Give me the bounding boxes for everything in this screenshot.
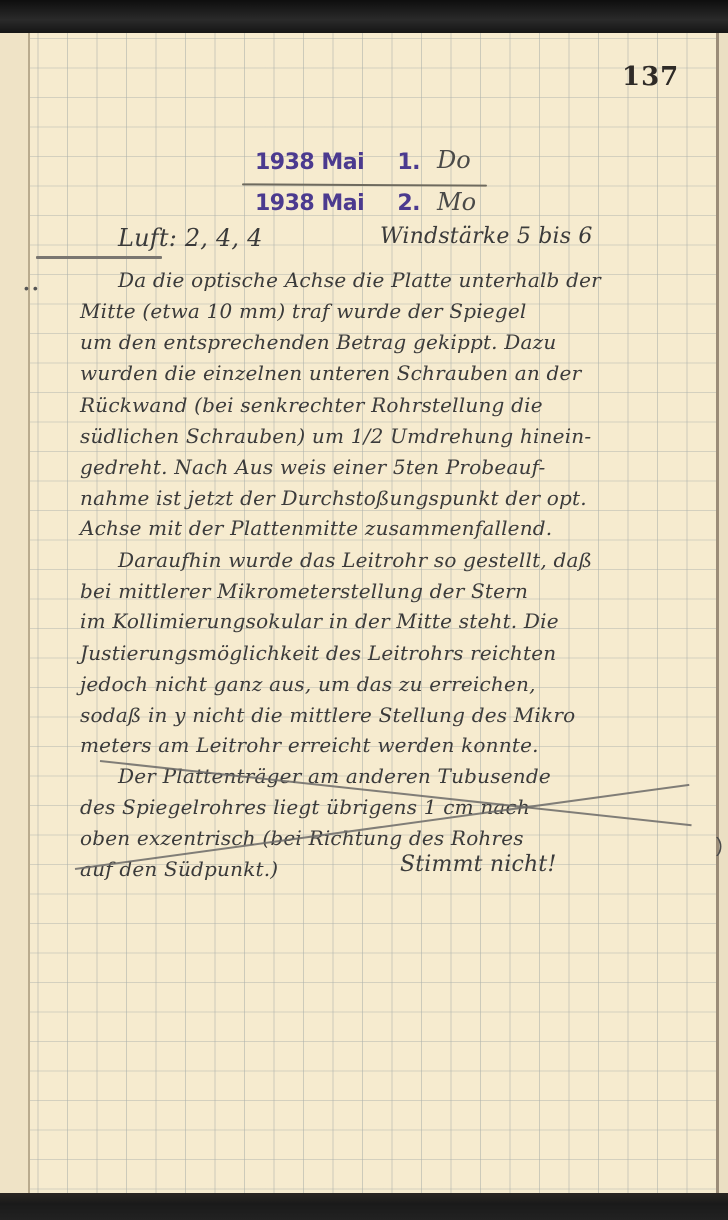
text-line: Justierungsmöglichkeit des Leitrohrs rei… <box>80 641 556 665</box>
text-line: bei mittlerer Mikrometerstellung der Ste… <box>80 579 528 603</box>
stamp-day: 2. <box>397 191 420 216</box>
text-line: im Kollimierungsokular in der Mitte steh… <box>80 609 559 633</box>
stamp-day: 1. <box>397 150 420 175</box>
text-line: meters am Leitrohr erreicht werden konnt… <box>80 733 539 757</box>
weekday-handwritten-2: Mo <box>437 188 476 216</box>
struck-text-line: auf den Südpunkt.) <box>80 857 278 881</box>
conditions-underline <box>36 256 162 259</box>
text-line: sodaß in y nicht die mittlere Stellung d… <box>80 703 575 727</box>
margin-dots: •• <box>24 280 42 296</box>
text-line: südlichen Schrauben) um 1/2 Umdrehung hi… <box>80 424 591 448</box>
wind-strength: Windstärke 5 bis 6 <box>380 224 593 249</box>
text-line: Achse mit der Plattenmitte zusammenfalle… <box>80 516 552 540</box>
page-right-edge-next <box>719 33 728 1193</box>
stamp-year: 1938 <box>255 150 314 175</box>
text-line: gedreht. Nach Aus weis einer 5ten Probea… <box>80 455 546 479</box>
text-line: Mitte (etwa 10 mm) traf wurde der Spiege… <box>80 299 526 323</box>
struck-text-line: Der Plattenträger am anderen Tubusende <box>118 764 551 788</box>
text-line: Rückwand (bei senkrechter Rohrstellung d… <box>80 393 543 417</box>
page-number: 137 <box>622 62 679 92</box>
book-bottom-edge <box>0 1193 728 1220</box>
annotation-stimmt-nicht: Stimmt nicht! <box>400 852 556 877</box>
text-line: jedoch nicht ganz aus, um das zu erreich… <box>80 672 536 696</box>
stamp-month: Mai <box>321 150 364 175</box>
text-line: nahme ist jetzt der Durchstoßungspunkt d… <box>80 486 587 510</box>
stamp-year: 1938 <box>255 191 314 216</box>
right-margin-bracket: ) <box>716 835 723 858</box>
book-top-edge <box>0 0 728 33</box>
text-line: wurden die einzelnen unteren Schrauben a… <box>80 361 581 385</box>
stamp-month: Mai <box>321 191 364 216</box>
page-margin-strip <box>0 33 30 1193</box>
date-stamp-2: 1938 Mai 2. <box>255 191 420 216</box>
weekday-handwritten-1: Do <box>437 146 471 174</box>
text-line: Daraufhin wurde das Leitrohr so gestellt… <box>118 548 592 572</box>
luft-conditions: Luft: 2, 4, 4 <box>118 224 263 252</box>
text-line: Da die optische Achse die Platte unterha… <box>118 268 601 292</box>
text-line: um den entsprechenden Betrag gekippt. Da… <box>80 330 556 354</box>
date-stamp-1: 1938 Mai 1. <box>255 150 420 175</box>
